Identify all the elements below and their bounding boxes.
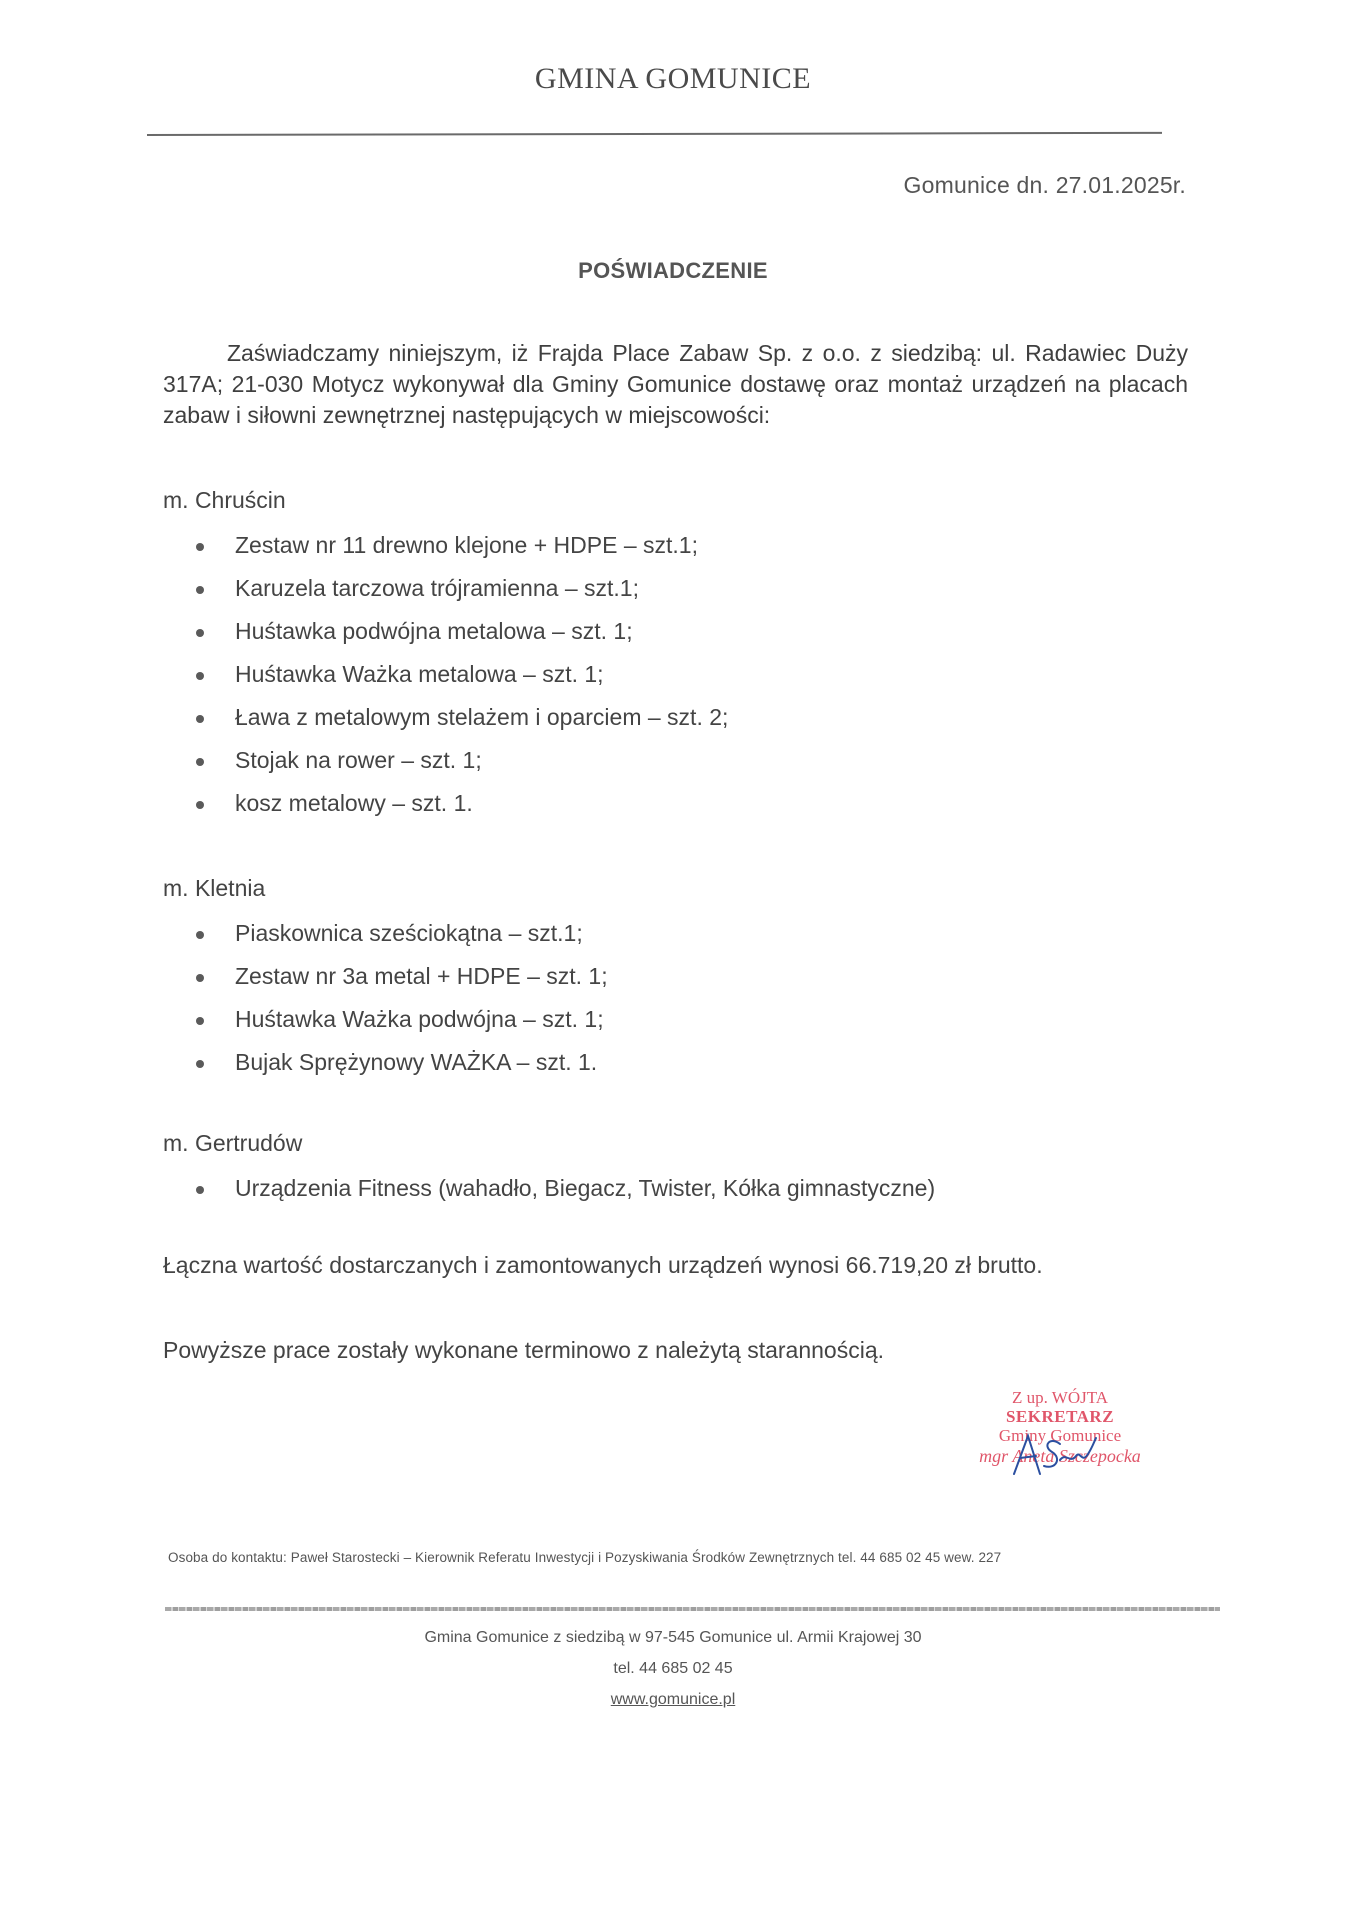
bullet-icon bbox=[196, 1186, 204, 1194]
bullet-icon bbox=[196, 715, 204, 723]
list-item: kosz metalowy – szt. 1. bbox=[163, 782, 1163, 825]
item-text: Bujak Sprężynowy WAŻKA – szt. 1. bbox=[235, 1049, 597, 1075]
bullet-icon bbox=[196, 931, 204, 939]
bullet-icon bbox=[196, 672, 204, 680]
item-text: Piaskownica sześciokątna – szt.1; bbox=[235, 920, 583, 946]
item-text: Zestaw nr 11 drewno klejone + HDPE – szt… bbox=[235, 532, 698, 558]
item-text: Stojak na rower – szt. 1; bbox=[235, 747, 482, 773]
footer-divider bbox=[165, 1607, 1220, 1611]
stamp-line-role: SEKRETARZ bbox=[960, 1407, 1160, 1426]
item-text: Karuzela tarczowa trójramienna – szt.1; bbox=[235, 575, 639, 601]
list-item: Zestaw nr 3a metal + HDPE – szt. 1; bbox=[163, 955, 1163, 998]
list-item: Piaskownica sześciokątna – szt.1; bbox=[163, 912, 1163, 955]
item-text: Ława z metalowym stelażem i oparciem – s… bbox=[235, 704, 728, 730]
item-text: Huśtawka Ważka metalowa – szt. 1; bbox=[235, 661, 604, 687]
contact-person: Osoba do kontaktu: Paweł Starostecki – K… bbox=[168, 1550, 1001, 1565]
total-value-statement: Łączna wartość dostarczanych i zamontowa… bbox=[163, 1252, 1043, 1279]
bullet-icon bbox=[196, 974, 204, 982]
list-item: Huśtawka Ważka podwójna – szt. 1; bbox=[163, 998, 1163, 1041]
list-item: Huśtawka Ważka metalowa – szt. 1; bbox=[163, 653, 1163, 696]
item-text: Urządzenia Fitness (wahadło, Biegacz, Tw… bbox=[235, 1175, 935, 1201]
list-item: Huśtawka podwójna metalowa – szt. 1; bbox=[163, 610, 1163, 653]
list-item: Ława z metalowym stelażem i oparciem – s… bbox=[163, 696, 1163, 739]
bullet-icon bbox=[196, 543, 204, 551]
item-list: Urządzenia Fitness (wahadło, Biegacz, Tw… bbox=[163, 1167, 1163, 1210]
bullet-icon bbox=[196, 1017, 204, 1025]
closing-statement: Powyższe prace zostały wykonane terminow… bbox=[163, 1337, 884, 1364]
footer: Gmina Gomunice z siedzibą w 97-545 Gomun… bbox=[0, 1622, 1346, 1715]
location-section-chruscin: m. Chruścin Zestaw nr 11 drewno klejone … bbox=[163, 487, 1163, 825]
list-item: Bujak Sprężynowy WAŻKA – szt. 1. bbox=[163, 1041, 1163, 1084]
section-heading: m. Gertrudów bbox=[163, 1130, 1163, 1157]
bullet-icon bbox=[196, 1060, 204, 1068]
footer-address: Gmina Gomunice z siedzibą w 97-545 Gomun… bbox=[0, 1622, 1346, 1653]
location-section-gertrudow: m. Gertrudów Urządzenia Fitness (wahadło… bbox=[163, 1130, 1163, 1210]
list-item: Zestaw nr 11 drewno klejone + HDPE – szt… bbox=[163, 524, 1163, 567]
stamp-line-authorization: Z up. WÓJTA bbox=[960, 1388, 1160, 1407]
bullet-icon bbox=[196, 629, 204, 637]
organization-header: GMINA GOMUNICE bbox=[0, 62, 1346, 96]
document-title: POŚWIADCZENIE bbox=[0, 258, 1346, 284]
bullet-icon bbox=[196, 758, 204, 766]
item-text: Huśtawka Ważka podwójna – szt. 1; bbox=[235, 1006, 604, 1032]
handwritten-signature-icon bbox=[1010, 1430, 1100, 1478]
item-text: kosz metalowy – szt. 1. bbox=[235, 790, 473, 816]
place-date: Gomunice dn. 27.01.2025r. bbox=[904, 172, 1186, 199]
item-list: Zestaw nr 11 drewno klejone + HDPE – szt… bbox=[163, 524, 1163, 825]
section-heading: m. Kletnia bbox=[163, 875, 1163, 902]
item-text: Zestaw nr 3a metal + HDPE – szt. 1; bbox=[235, 963, 608, 989]
location-section-kletnia: m. Kletnia Piaskownica sześciokątna – sz… bbox=[163, 875, 1163, 1084]
intro-paragraph: Zaświadczamy niniejszym, iż Frajda Place… bbox=[163, 338, 1188, 431]
section-heading: m. Chruścin bbox=[163, 487, 1163, 514]
bullet-icon bbox=[196, 586, 204, 594]
item-list: Piaskownica sześciokątna – szt.1; Zestaw… bbox=[163, 912, 1163, 1084]
list-item: Stojak na rower – szt. 1; bbox=[163, 739, 1163, 782]
footer-phone: tel. 44 685 02 45 bbox=[0, 1653, 1346, 1684]
header-divider bbox=[147, 132, 1162, 136]
bullet-icon bbox=[196, 801, 204, 809]
footer-website-link[interactable]: www.gomunice.pl bbox=[611, 1691, 736, 1708]
list-item: Karuzela tarczowa trójramienna – szt.1; bbox=[163, 567, 1163, 610]
item-text: Huśtawka podwójna metalowa – szt. 1; bbox=[235, 618, 633, 644]
list-item: Urządzenia Fitness (wahadło, Biegacz, Tw… bbox=[163, 1167, 1163, 1210]
